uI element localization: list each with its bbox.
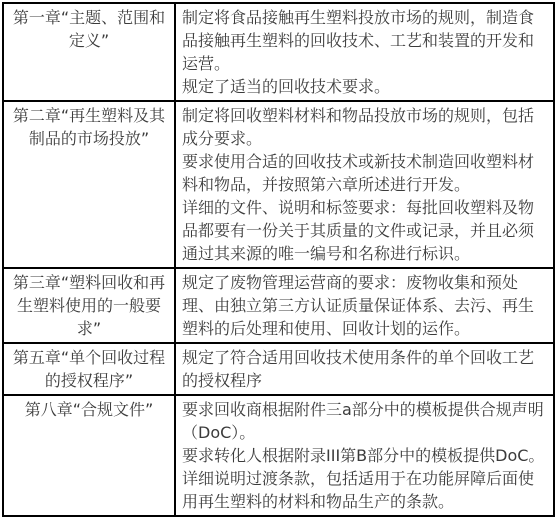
table-row: 第八章“合规文件” 要求回收商根据附件三a部分中的模板提供合规声明（DoC）。 … xyxy=(3,395,554,516)
content-paragraph: 制定将回收塑料材料和物品投放市场的规则，包括成分要求。 xyxy=(182,104,547,150)
regulation-summary-table: 第一章“主题、范围和定义” 制定将食品接触再生塑料投放市场的规则，制造食品接触再… xyxy=(2,2,555,517)
content-paragraph: 要求转化人根据附录III第B部分中的模板提供DoC。 xyxy=(182,444,547,467)
table-row: 第三章“塑料回收和再生塑料使用的一般要求” 规定了废物管理运营商的要求：废物收集… xyxy=(3,268,554,343)
content-paragraph: 规定了废物管理运营商的要求：废物收集和预处理、由独立第三方认证质量保证体系、去污… xyxy=(182,271,547,340)
chapter-title: 第三章“塑料回收和再生塑料使用的一般要求” xyxy=(10,271,168,340)
content-paragraph: 规定了适当的回收技术要求。 xyxy=(182,75,547,98)
content-cell: 制定将回收塑料材料和物品投放市场的规则，包括成分要求。 要求使用合适的回收技术或… xyxy=(175,101,554,268)
content-paragraph: 制定将食品接触再生塑料投放市场的规则，制造食品接触再生塑料的回收技术、工艺和装置… xyxy=(182,6,547,75)
content-paragraph: 要求使用合适的回收技术或新技术制造回收塑料材料和物品，并按照第六章所述进行开发。 xyxy=(182,150,547,196)
content-paragraph: 规定了符合适用回收技术使用条件的单个回收工艺的授权程序 xyxy=(182,346,547,392)
table-row: 第五章“单个回收过程的授权程序” 规定了符合适用回收技术使用条件的单个回收工艺的… xyxy=(3,343,554,395)
chapter-cell: 第一章“主题、范围和定义” xyxy=(3,3,175,101)
chapter-title: 第一章“主题、范围和定义” xyxy=(10,6,168,52)
chapter-cell: 第三章“塑料回收和再生塑料使用的一般要求” xyxy=(3,268,175,343)
table-row: 第一章“主题、范围和定义” 制定将食品接触再生塑料投放市场的规则，制造食品接触再… xyxy=(3,3,554,101)
chapter-cell: 第二章“再生塑料及其制品的市场投放” xyxy=(3,101,175,268)
chapter-title: 第二章“再生塑料及其制品的市场投放” xyxy=(10,104,168,150)
content-paragraph: 详细说明过渡条款，包括适用于在功能屏障后面使用再生塑料的材料和物品生产的条款。 xyxy=(182,467,547,513)
chapter-cell: 第八章“合规文件” xyxy=(3,395,175,516)
chapter-title: 第八章“合规文件” xyxy=(10,398,168,421)
content-paragraph: 要求回收商根据附件三a部分中的模板提供合规声明（DoC）。 xyxy=(182,398,547,444)
content-paragraph: 详细的文件、说明和标签要求：每批回收塑料及物品都要有一份关于其质量的文件或记录，… xyxy=(182,196,547,265)
content-cell: 规定了符合适用回收技术使用条件的单个回收工艺的授权程序 xyxy=(175,343,554,395)
table-row: 第二章“再生塑料及其制品的市场投放” 制定将回收塑料材料和物品投放市场的规则，包… xyxy=(3,101,554,268)
table-body: 第一章“主题、范围和定义” 制定将食品接触再生塑料投放市场的规则，制造食品接触再… xyxy=(3,3,554,516)
chapter-cell: 第五章“单个回收过程的授权程序” xyxy=(3,343,175,395)
chapter-title: 第五章“单个回收过程的授权程序” xyxy=(10,346,168,392)
content-cell: 要求回收商根据附件三a部分中的模板提供合规声明（DoC）。 要求转化人根据附录I… xyxy=(175,395,554,516)
content-cell: 制定将食品接触再生塑料投放市场的规则，制造食品接触再生塑料的回收技术、工艺和装置… xyxy=(175,3,554,101)
content-cell: 规定了废物管理运营商的要求：废物收集和预处理、由独立第三方认证质量保证体系、去污… xyxy=(175,268,554,343)
